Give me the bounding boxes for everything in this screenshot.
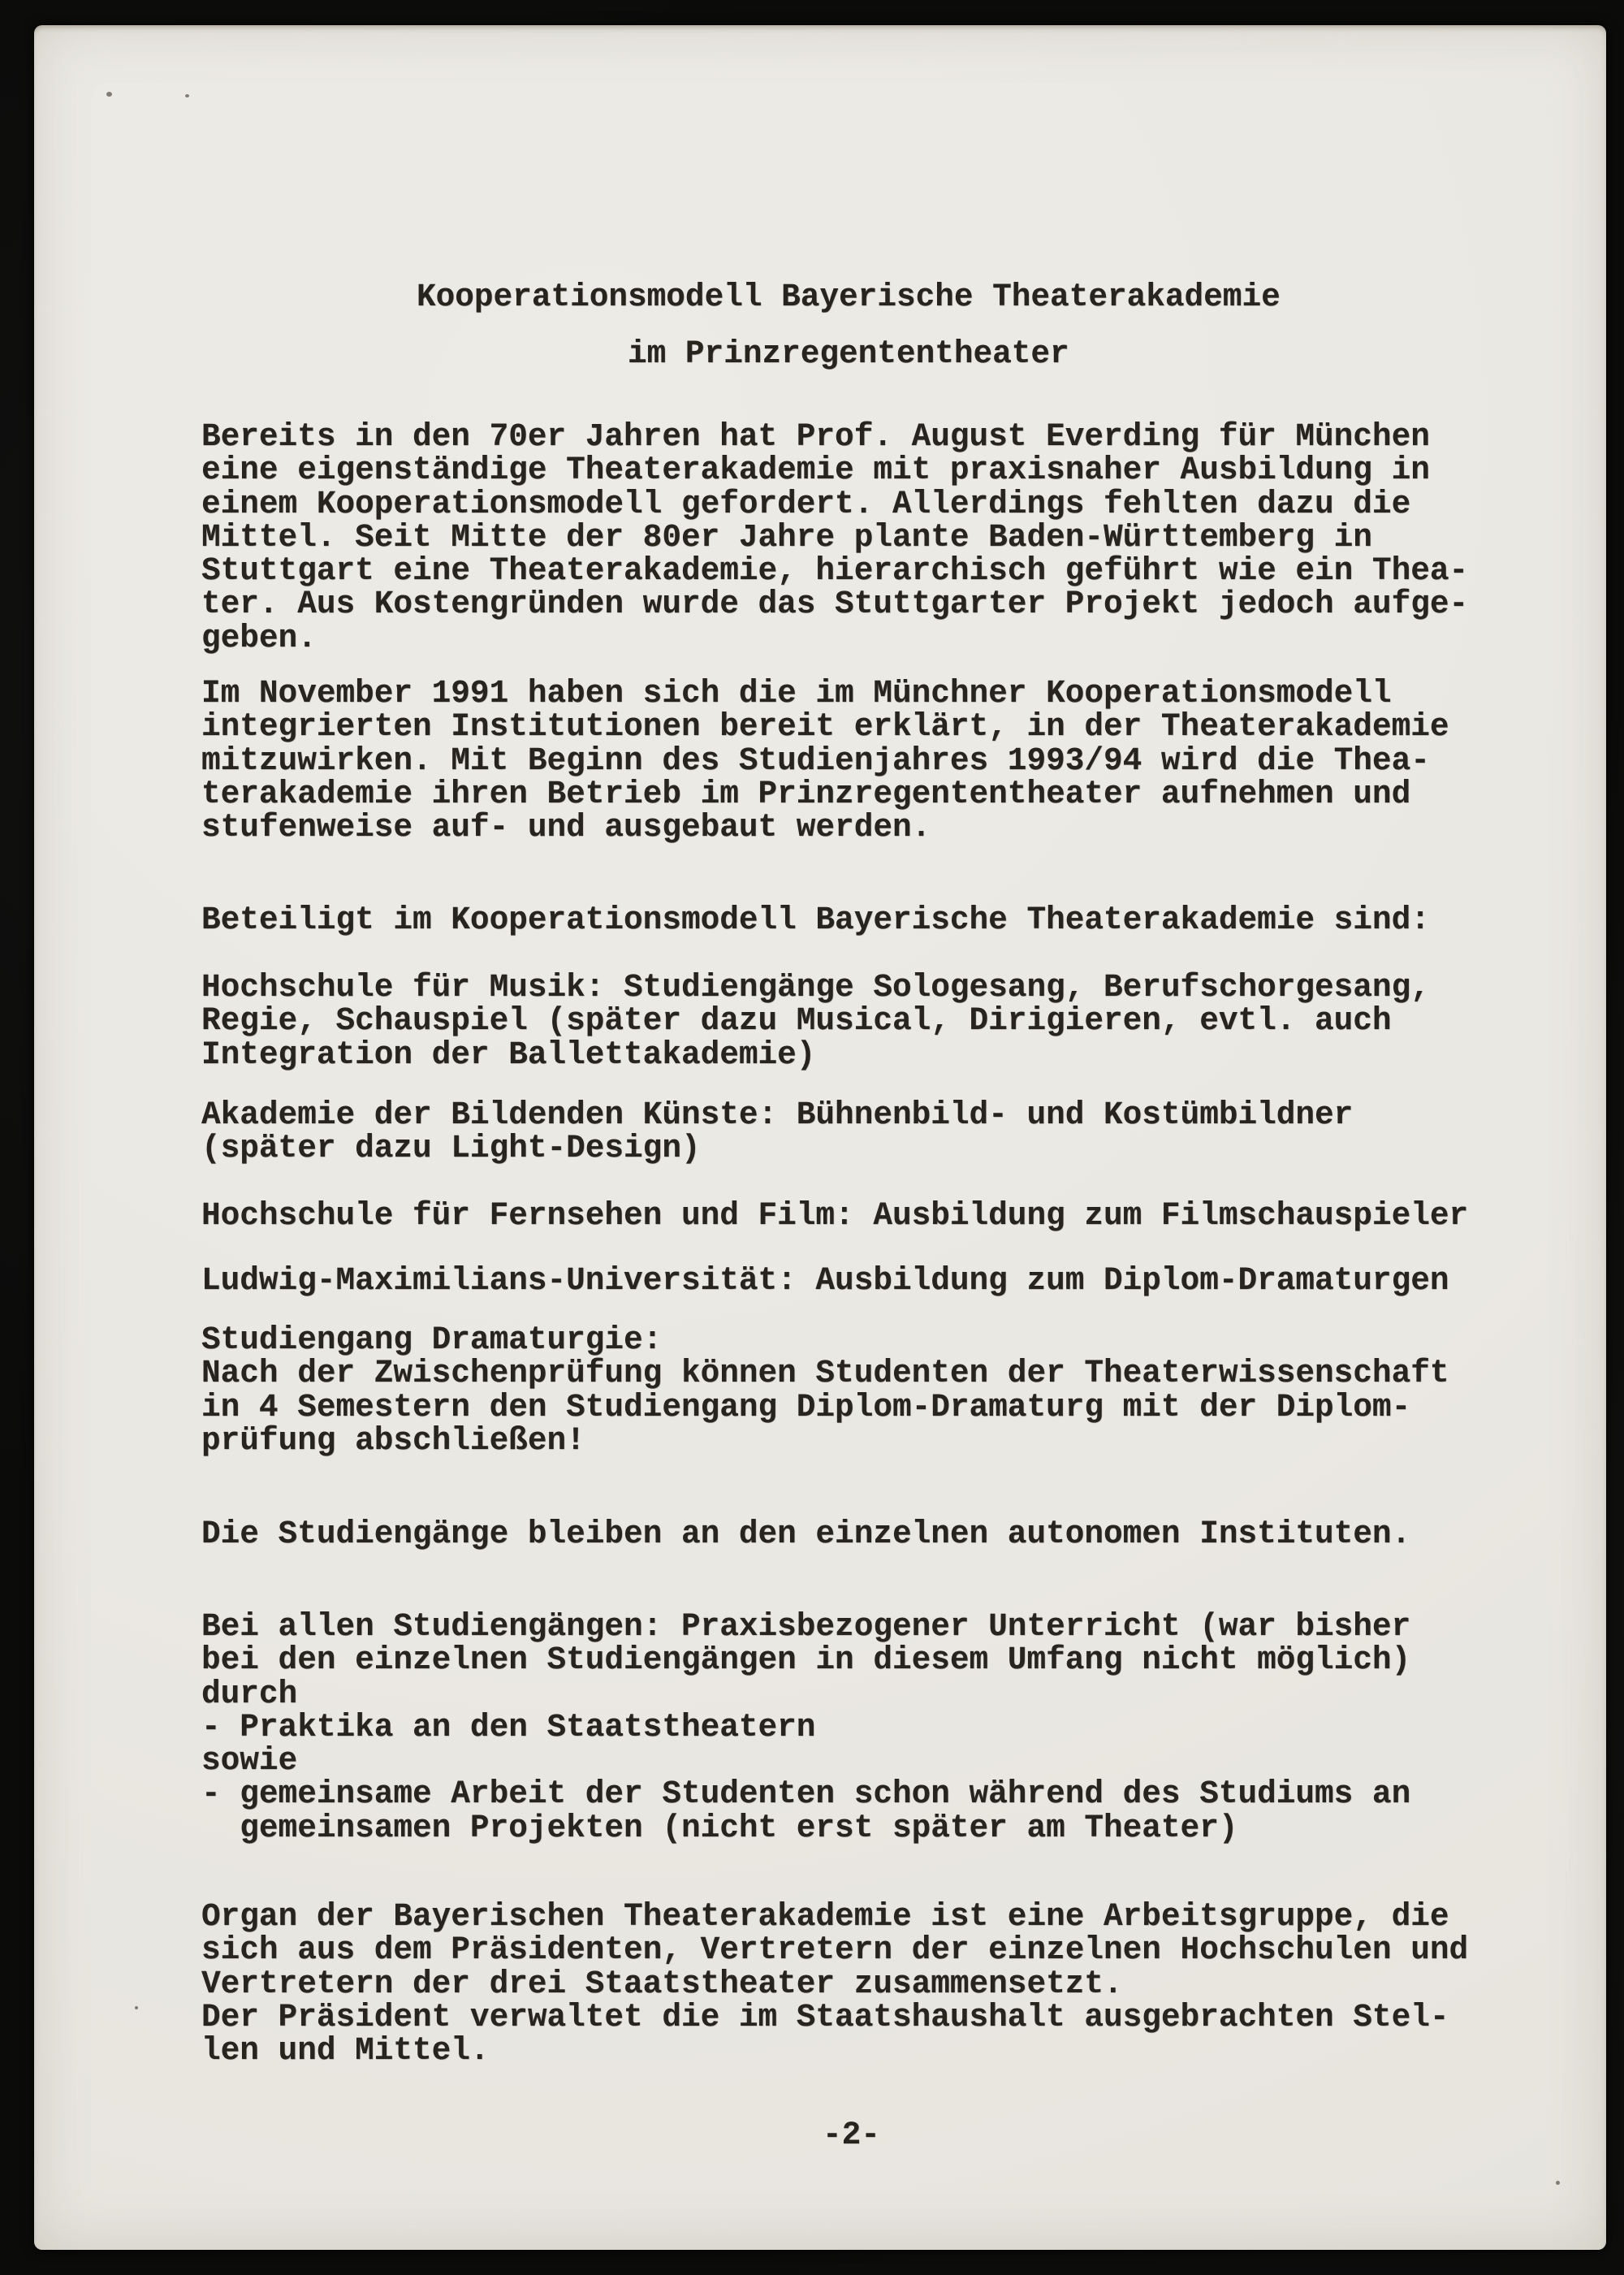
paper-speck: [185, 94, 189, 97]
page-number: -2-: [823, 2118, 880, 2152]
paragraph-history: Bereits in den 70er Jahren hat Prof. Aug…: [201, 420, 1533, 655]
paragraph-november-1991: Im November 1991 haben sich die im Münch…: [201, 677, 1533, 844]
text-line: prüfung abschließen!: [201, 1424, 1533, 1457]
text-line: - gemeinsame Arbeit der Studenten schon …: [201, 1777, 1533, 1810]
paragraph-hochschule-musik: Hochschule für Musik: Studiengänge Solog…: [201, 971, 1533, 1071]
document-title-line-1: Kooperationsmodell Bayerische Theateraka…: [417, 280, 1281, 314]
text-line: ter. Aus Kostengründen wurde das Stuttga…: [201, 587, 1533, 621]
scanned-document-screenshot: { "document": { "title_lines": [ "Kooper…: [0, 0, 1624, 2275]
text-line: Der Präsident verwaltet die im Staatshau…: [201, 2000, 1533, 2034]
paragraph-autonomy: Die Studiengänge bleiben an den einzelne…: [201, 1517, 1533, 1551]
text-line: - Praktika an den Staatstheatern: [201, 1711, 1533, 1744]
paragraph-praxis: Bei allen Studiengängen: Praxisbezogener…: [201, 1610, 1533, 1845]
text-line: Vertretern der drei Staatstheater zusamm…: [201, 1967, 1533, 2000]
text-line: Integration der Ballettakademie): [201, 1038, 1533, 1071]
paper-speck: [106, 92, 112, 97]
text-line: Nach der Zwischenprüfung können Studente…: [201, 1356, 1533, 1390]
text-line: Hochschule für Fernsehen und Film: Ausbi…: [201, 1199, 1533, 1232]
text-line: (später dazu Light-Design): [201, 1131, 1533, 1165]
paper-speck: [1556, 2181, 1560, 2185]
text-line: Beteiligt im Kooperationsmodell Bayerisc…: [201, 903, 1533, 936]
text-line: len und Mittel.: [201, 2034, 1533, 2067]
text-line: Mittel. Seit Mitte der 80er Jahre plante…: [201, 521, 1533, 554]
paper-speck: [135, 2006, 138, 2009]
text-line: Regie, Schauspiel (später dazu Musical, …: [201, 1004, 1533, 1037]
text-line: durch: [201, 1677, 1533, 1711]
text-line: Organ der Bayerischen Theaterakademie is…: [201, 1900, 1533, 1933]
text-line: mitzuwirken. Mit Beginn des Studienjahre…: [201, 744, 1533, 777]
text-line: Bei allen Studiengängen: Praxisbezogener…: [201, 1610, 1533, 1643]
text-line: Ludwig-Maximilians-Universität: Ausbildu…: [201, 1264, 1533, 1297]
paragraph-hochschule-film: Hochschule für Fernsehen und Film: Ausbi…: [201, 1199, 1533, 1232]
paragraph-participants-heading: Beteiligt im Kooperationsmodell Bayerisc…: [201, 903, 1533, 936]
text-line: einem Kooperationsmodell gefordert. Alle…: [201, 487, 1533, 521]
text-line: Die Studiengänge bleiben an den einzelne…: [201, 1517, 1533, 1551]
paragraph-dramaturgie: Studiengang Dramaturgie: Nach der Zwisch…: [201, 1323, 1533, 1457]
text-line: sich aus dem Präsidenten, Vertretern der…: [201, 1933, 1533, 1966]
text-line: Akademie der Bildenden Künste: Bühnenbil…: [201, 1098, 1533, 1131]
text-line: Im November 1991 haben sich die im Münch…: [201, 677, 1533, 710]
document-title-line-2: im Prinzregententheater: [628, 337, 1069, 370]
paragraph-akademie-kuenste: Akademie der Bildenden Künste: Bühnenbil…: [201, 1098, 1533, 1166]
text-line: geben.: [201, 621, 1533, 655]
text-line: stufenweise auf- und ausgebaut werden.: [201, 811, 1533, 844]
document-page: Kooperationsmodell Bayerische Theateraka…: [34, 25, 1606, 2250]
paragraph-lmu: Ludwig-Maximilians-Universität: Ausbildu…: [201, 1264, 1533, 1297]
text-line: Stuttgart eine Theaterakademie, hierarch…: [201, 554, 1533, 587]
text-line: in 4 Semestern den Studiengang Diplom-Dr…: [201, 1391, 1533, 1424]
text-line: sowie: [201, 1744, 1533, 1777]
text-line: Bereits in den 70er Jahren hat Prof. Aug…: [201, 420, 1533, 453]
text-line: eine eigenständige Theaterakademie mit p…: [201, 453, 1533, 487]
text-line: integrierten Institutionen bereit erklär…: [201, 710, 1533, 743]
text-line: Hochschule für Musik: Studiengänge Solog…: [201, 971, 1533, 1004]
text-line: bei den einzelnen Studiengängen in diese…: [201, 1643, 1533, 1676]
paragraph-organ: Organ der Bayerischen Theaterakademie is…: [201, 1900, 1533, 2067]
text-line: Studiengang Dramaturgie:: [201, 1323, 1533, 1356]
text-line: terakademie ihren Betrieb im Prinzregent…: [201, 777, 1533, 811]
text-line: gemeinsamen Projekten (nicht erst später…: [201, 1811, 1533, 1845]
